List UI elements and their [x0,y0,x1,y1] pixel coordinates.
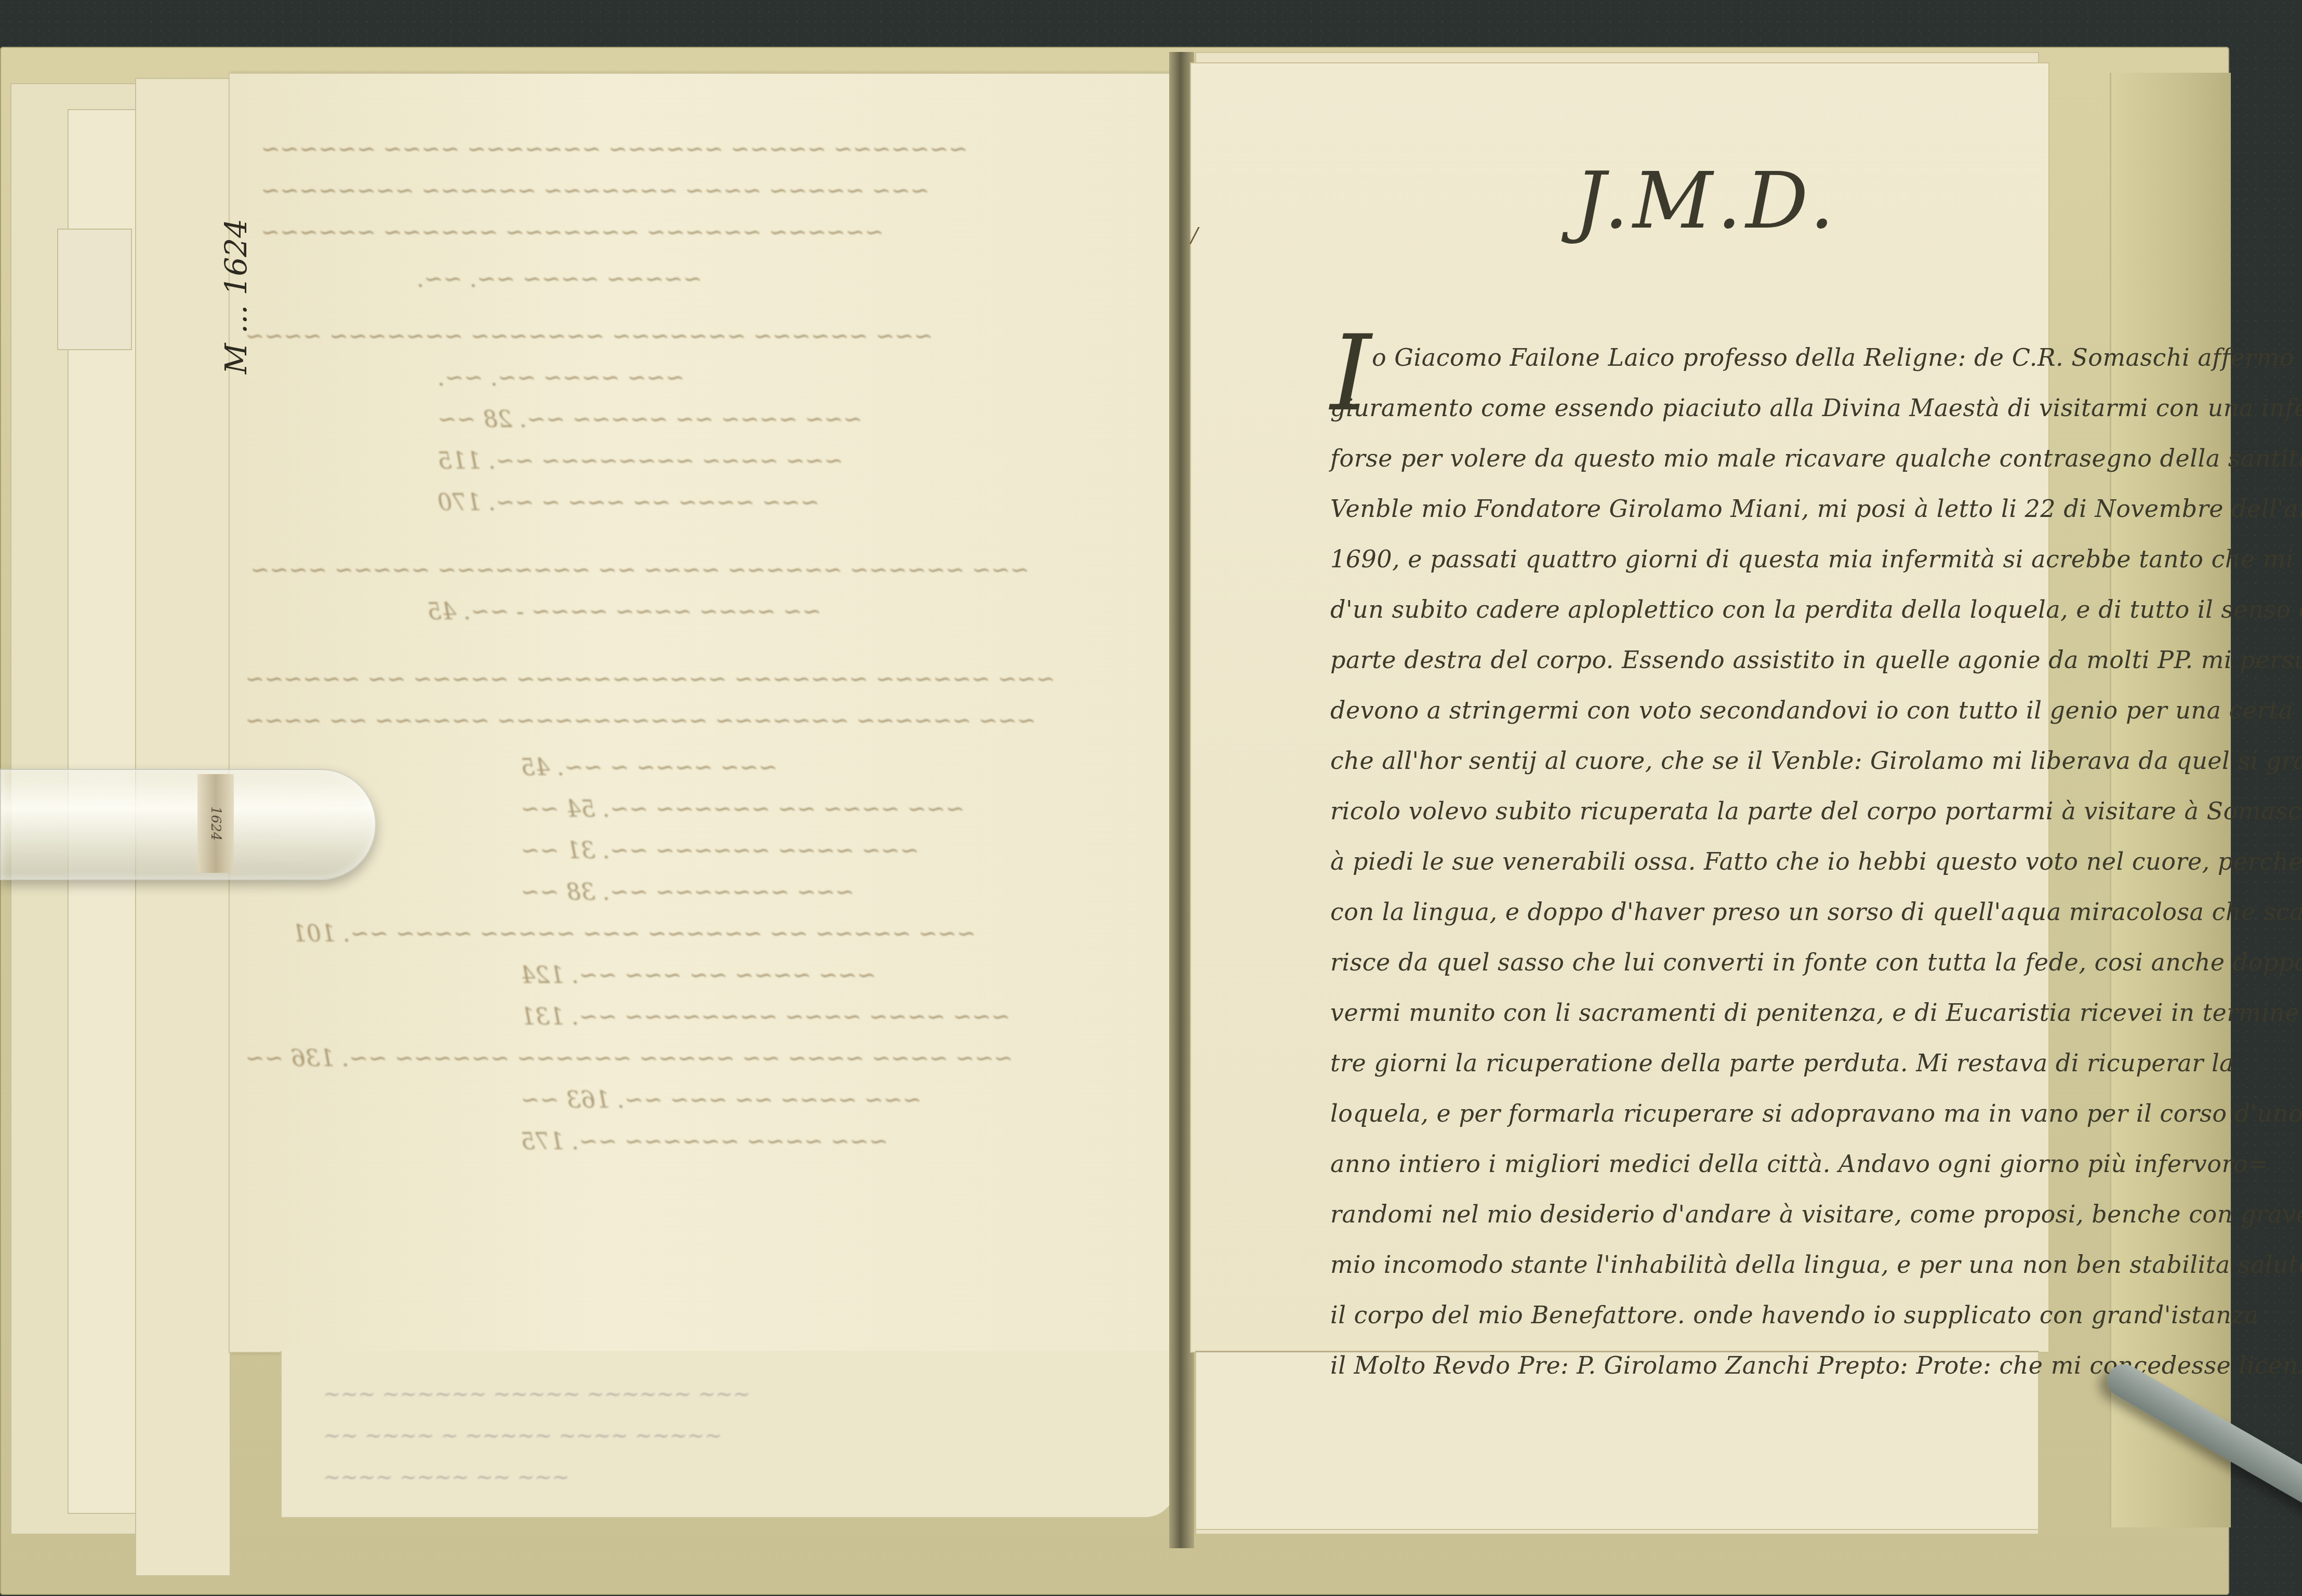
manuscript-line: o Giacomo Failone Laico professo della R… [1330,332,2037,383]
manuscript-line: che all'hor sentij al cuore, che se il V… [1330,736,2037,786]
glass-rod-weight [0,769,376,880]
manuscript-line: loquela, e per formarla ricuperare si ad… [1330,1088,2037,1139]
manuscript-line: con la lingua, e doppo d'haver preso un … [1330,887,2037,937]
manuscript-line: vermi munito con li sacramenti di penite… [1330,988,2037,1038]
manuscript-line: giuramento come essendo piaciuto alla Di… [1330,383,2037,433]
manuscript-line: devono a stringermi con voto secondandov… [1330,685,2037,736]
manuscript-line: à piedi le sue venerabili ossa. Fatto ch… [1330,836,2037,887]
manuscript-line: forse per volere da questo mio male rica… [1330,433,2037,484]
margin-mark: / [1191,223,1198,247]
manuscript-line: tre giorni la ricuperatione della parte … [1330,1038,2037,1088]
manuscript-line: anno intiero i migliori medici della cit… [1330,1139,2037,1189]
manuscript-text: o Giacomo Failone Laico professo della R… [1330,332,2037,1391]
manuscript-line: 1690, e passati quattro giorni di questa… [1330,534,2037,584]
lower-leaf: ~~~ ~~~~~~ ~~~~~ ~~~~~~ ~~~ ~~ ~~~~ ~ ~~… [281,1351,1176,1518]
manuscript-line: Venble mio Fondatore Girolamo Miani, mi … [1330,484,2037,534]
manuscript-line: il corpo del mio Benefattore. onde haven… [1330,1290,2037,1340]
manuscript-line: ricolo volevo subito ricuperata la parte… [1330,786,2037,836]
torn-leaf-tab [57,229,132,350]
manuscript-line: il Molto Revdo Pre: P. Girolamo Zanchi P… [1330,1340,2037,1391]
spine-edge-note: M ... 1624 [218,219,254,374]
manuscript-line: d'un subito cadere aploplettico con la p… [1330,584,2037,635]
left-page: ~~~~~~~ ~~~~~ ~~~~~~ ~~~~~~~ ~~~~ ~~~~~~… [229,73,1171,1353]
manuscript-line: risce da quel sasso che lui converti in … [1330,937,2037,988]
manuscript-line: randomi nel mio desiderio d'andare à vis… [1330,1189,2037,1240]
manuscript-line: mio incomodo stante l'inhabilità della l… [1330,1240,2037,1290]
manuscript-line: parte destra del corpo. Essendo assistit… [1330,635,2037,685]
invocation-monogram: J.M.D. [1575,156,1793,312]
glass-weight-label: 1624 [197,774,234,873]
